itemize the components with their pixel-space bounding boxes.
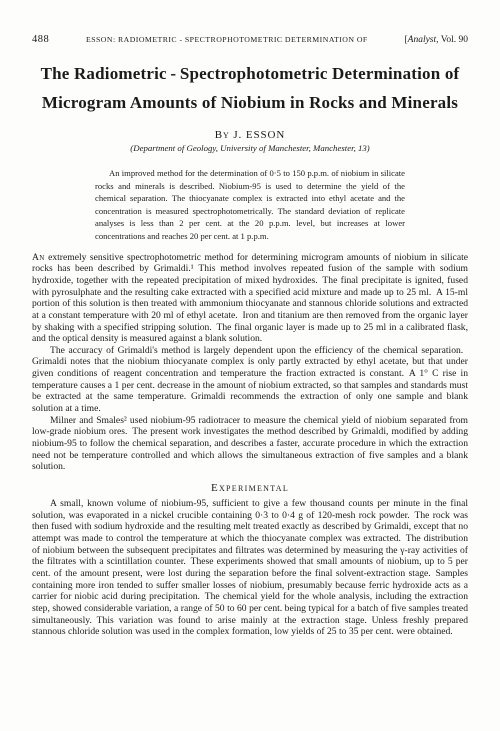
journal-name: Analyst, xyxy=(408,35,439,45)
article-title-line1: The Radiometric - Spectrophotometric Det… xyxy=(32,59,468,88)
author-byline: By J. ESSON xyxy=(32,129,468,141)
paragraph-lead-word: An xyxy=(32,252,45,263)
section-heading-experimental: Experimental xyxy=(32,482,468,494)
running-title: ESSON: RADIOMETRIC - SPECTROPHOTOMETRIC … xyxy=(86,35,368,44)
journal-citation: [Analyst, Vol. 90 xyxy=(404,35,468,45)
author-affiliation: (Department of Geology, University of Ma… xyxy=(32,143,468,153)
article-title: The Radiometric - Spectrophotometric Det… xyxy=(32,59,468,117)
volume-number: Vol. 90 xyxy=(439,35,468,45)
paragraph-experimental: A small, known volume of niobium-95, suf… xyxy=(32,498,468,638)
paragraph-accuracy: The accuracy of Grimaldi's method is lar… xyxy=(32,345,468,415)
paragraph-introduction: An extremely sensitive spectrophotometri… xyxy=(32,252,468,345)
abstract: An improved method for the determination… xyxy=(95,167,405,243)
paragraph-radiotracer: Milner and Smales² used niobium-95 radio… xyxy=(32,415,468,473)
journal-page: 488 ESSON: RADIOMETRIC - SPECTROPHOTOMET… xyxy=(0,0,500,731)
paragraph-introduction-text: extremely sensitive spectrophotometric m… xyxy=(32,252,468,345)
page-number: 488 xyxy=(32,34,49,45)
running-head: 488 ESSON: RADIOMETRIC - SPECTROPHOTOMET… xyxy=(32,34,468,45)
article-title-line2: Microgram Amounts of Niobium in Rocks an… xyxy=(32,88,468,117)
